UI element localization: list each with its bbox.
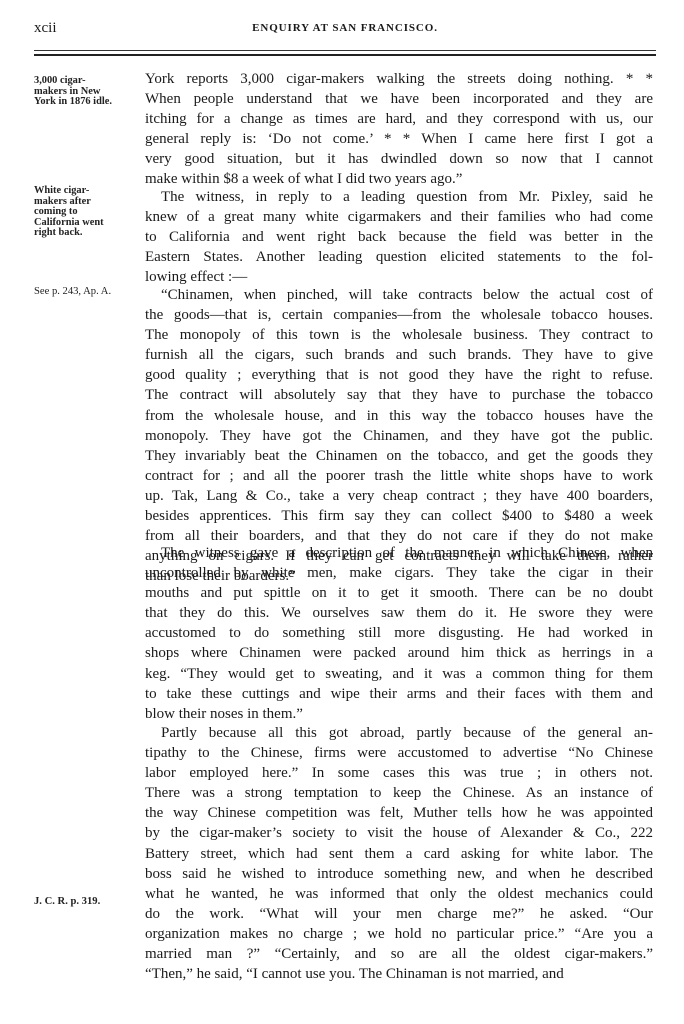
text-line: “Chinamen, when pinched, will take contr… [145,285,653,305]
text-line: mouths and put spittle on it to get it s… [145,583,653,603]
text-line: Partly because all this got abroad, part… [145,723,653,743]
text-line: The contract will absolutely say that th… [145,385,653,405]
paragraph-no-chinese-labor: Partly because all this got abroad, part… [145,723,653,984]
margin-note-line: coming to [34,207,142,218]
text-line: itching for a change as times are hard, … [145,109,653,129]
text-line: up. Tak, Lang & Co., take a very cheap c… [145,486,653,506]
text-line: tipathy to the Chinese, firms were accus… [145,743,653,763]
header-rule-thick [34,54,656,56]
text-line: shops where Chinamen were packed around … [145,643,653,663]
text-line: by the cigar-maker’s society to visit th… [145,823,653,843]
margin-note-line: J. C. R. p. 319. [34,897,142,908]
text-line: They invariably beat the Chinamen on the… [145,446,653,466]
page-header: xcii ENQUIRY AT SAN FRANCISCO. [34,20,656,40]
text-line: to California and went right back becaus… [145,227,653,247]
margin-note-line: See p. 243, Ap. A. [34,287,142,298]
text-line: good quality ; everything that is not go… [145,365,653,385]
text-line: furnish all the cigars, such brands and … [145,345,653,365]
text-line: accustomed to do something still more di… [145,623,653,643]
margin-note-see-appendix: See p. 243, Ap. A. [34,287,142,298]
margin-note-line: 3,000 cigar- [34,76,142,87]
paragraph-witness-pixley: The witness, in reply to a leading quest… [145,187,653,287]
text-line: Battery street, which had sent them a ca… [145,844,653,864]
text-line: married man ?” “Certainly, and so are al… [145,944,653,964]
text-line: general reply is: ‘Do not come.’ * * Whe… [145,129,653,149]
paragraph-cigar-making-description: The witness gave a description of the ma… [145,543,653,724]
margin-note-line: York in 1876 idle. [34,97,142,108]
text-line: The witness gave a description of the ma… [145,543,653,563]
text-line: from the wholesale house, and in this wa… [145,406,653,426]
text-line: monopoly. They have got the Chinamen, an… [145,426,653,446]
margin-note-white-cigar-makers: White cigar-makers aftercoming toCalifor… [34,186,142,239]
text-line: do the work. “What will your men charge … [145,904,653,924]
text-line: The monopoly of this town is the wholesa… [145,325,653,345]
text-line: organization makes no charge ; we hold n… [145,924,653,944]
text-line: When people understand that we have been… [145,89,653,109]
text-line: “Then,” he said, “I cannot use you. The … [145,964,653,984]
header-rule-thin [34,50,656,51]
text-line: There was a strong temptation to keep th… [145,783,653,803]
margin-note-line: White cigar- [34,186,142,197]
text-line: knew of a great many white cigarmakers a… [145,207,653,227]
text-line: boss said he wished to introduce somethi… [145,864,653,884]
margin-note-line: right back. [34,228,142,239]
text-line: what he wanted, he was informed that onl… [145,884,653,904]
text-line: the goods—that is, certain companies—fro… [145,305,653,325]
text-line: labor employed here.” In some cases this… [145,763,653,783]
text-line: contract for ; and all the poorer trash … [145,466,653,486]
text-line: uncontrolled by white men, make cigars. … [145,563,653,583]
running-title: ENQUIRY AT SAN FRANCISCO. [34,22,656,34]
text-line: Eastern States. Another leading question… [145,247,653,267]
text-line: besides apprentices. This firm say they … [145,506,653,526]
text-line: The witness, in reply to a leading quest… [145,187,653,207]
text-line: that they do this. We ourselves saw them… [145,603,653,623]
text-line: to take these cuttings and wipe their ar… [145,684,653,704]
text-line: blow their noses in them.” [145,704,653,724]
text-line: the way Chinese competition was felt, Mu… [145,803,653,823]
margin-note-new-york-idle: 3,000 cigar-makers in NewYork in 1876 id… [34,76,142,108]
text-line: very good situation, but it has dwindled… [145,149,653,169]
text-line: York reports 3,000 cigar-makers walking … [145,69,653,89]
text-line: keg. “They would get to sweating, and it… [145,664,653,684]
paragraph-new-york-report: York reports 3,000 cigar-makers walking … [145,69,653,190]
margin-note-jcr-reference: J. C. R. p. 319. [34,897,142,908]
stray-ink-mark: ’ [160,975,163,986]
paragraph-chinamen-contracts: “Chinamen, when pinched, will take contr… [145,285,653,586]
